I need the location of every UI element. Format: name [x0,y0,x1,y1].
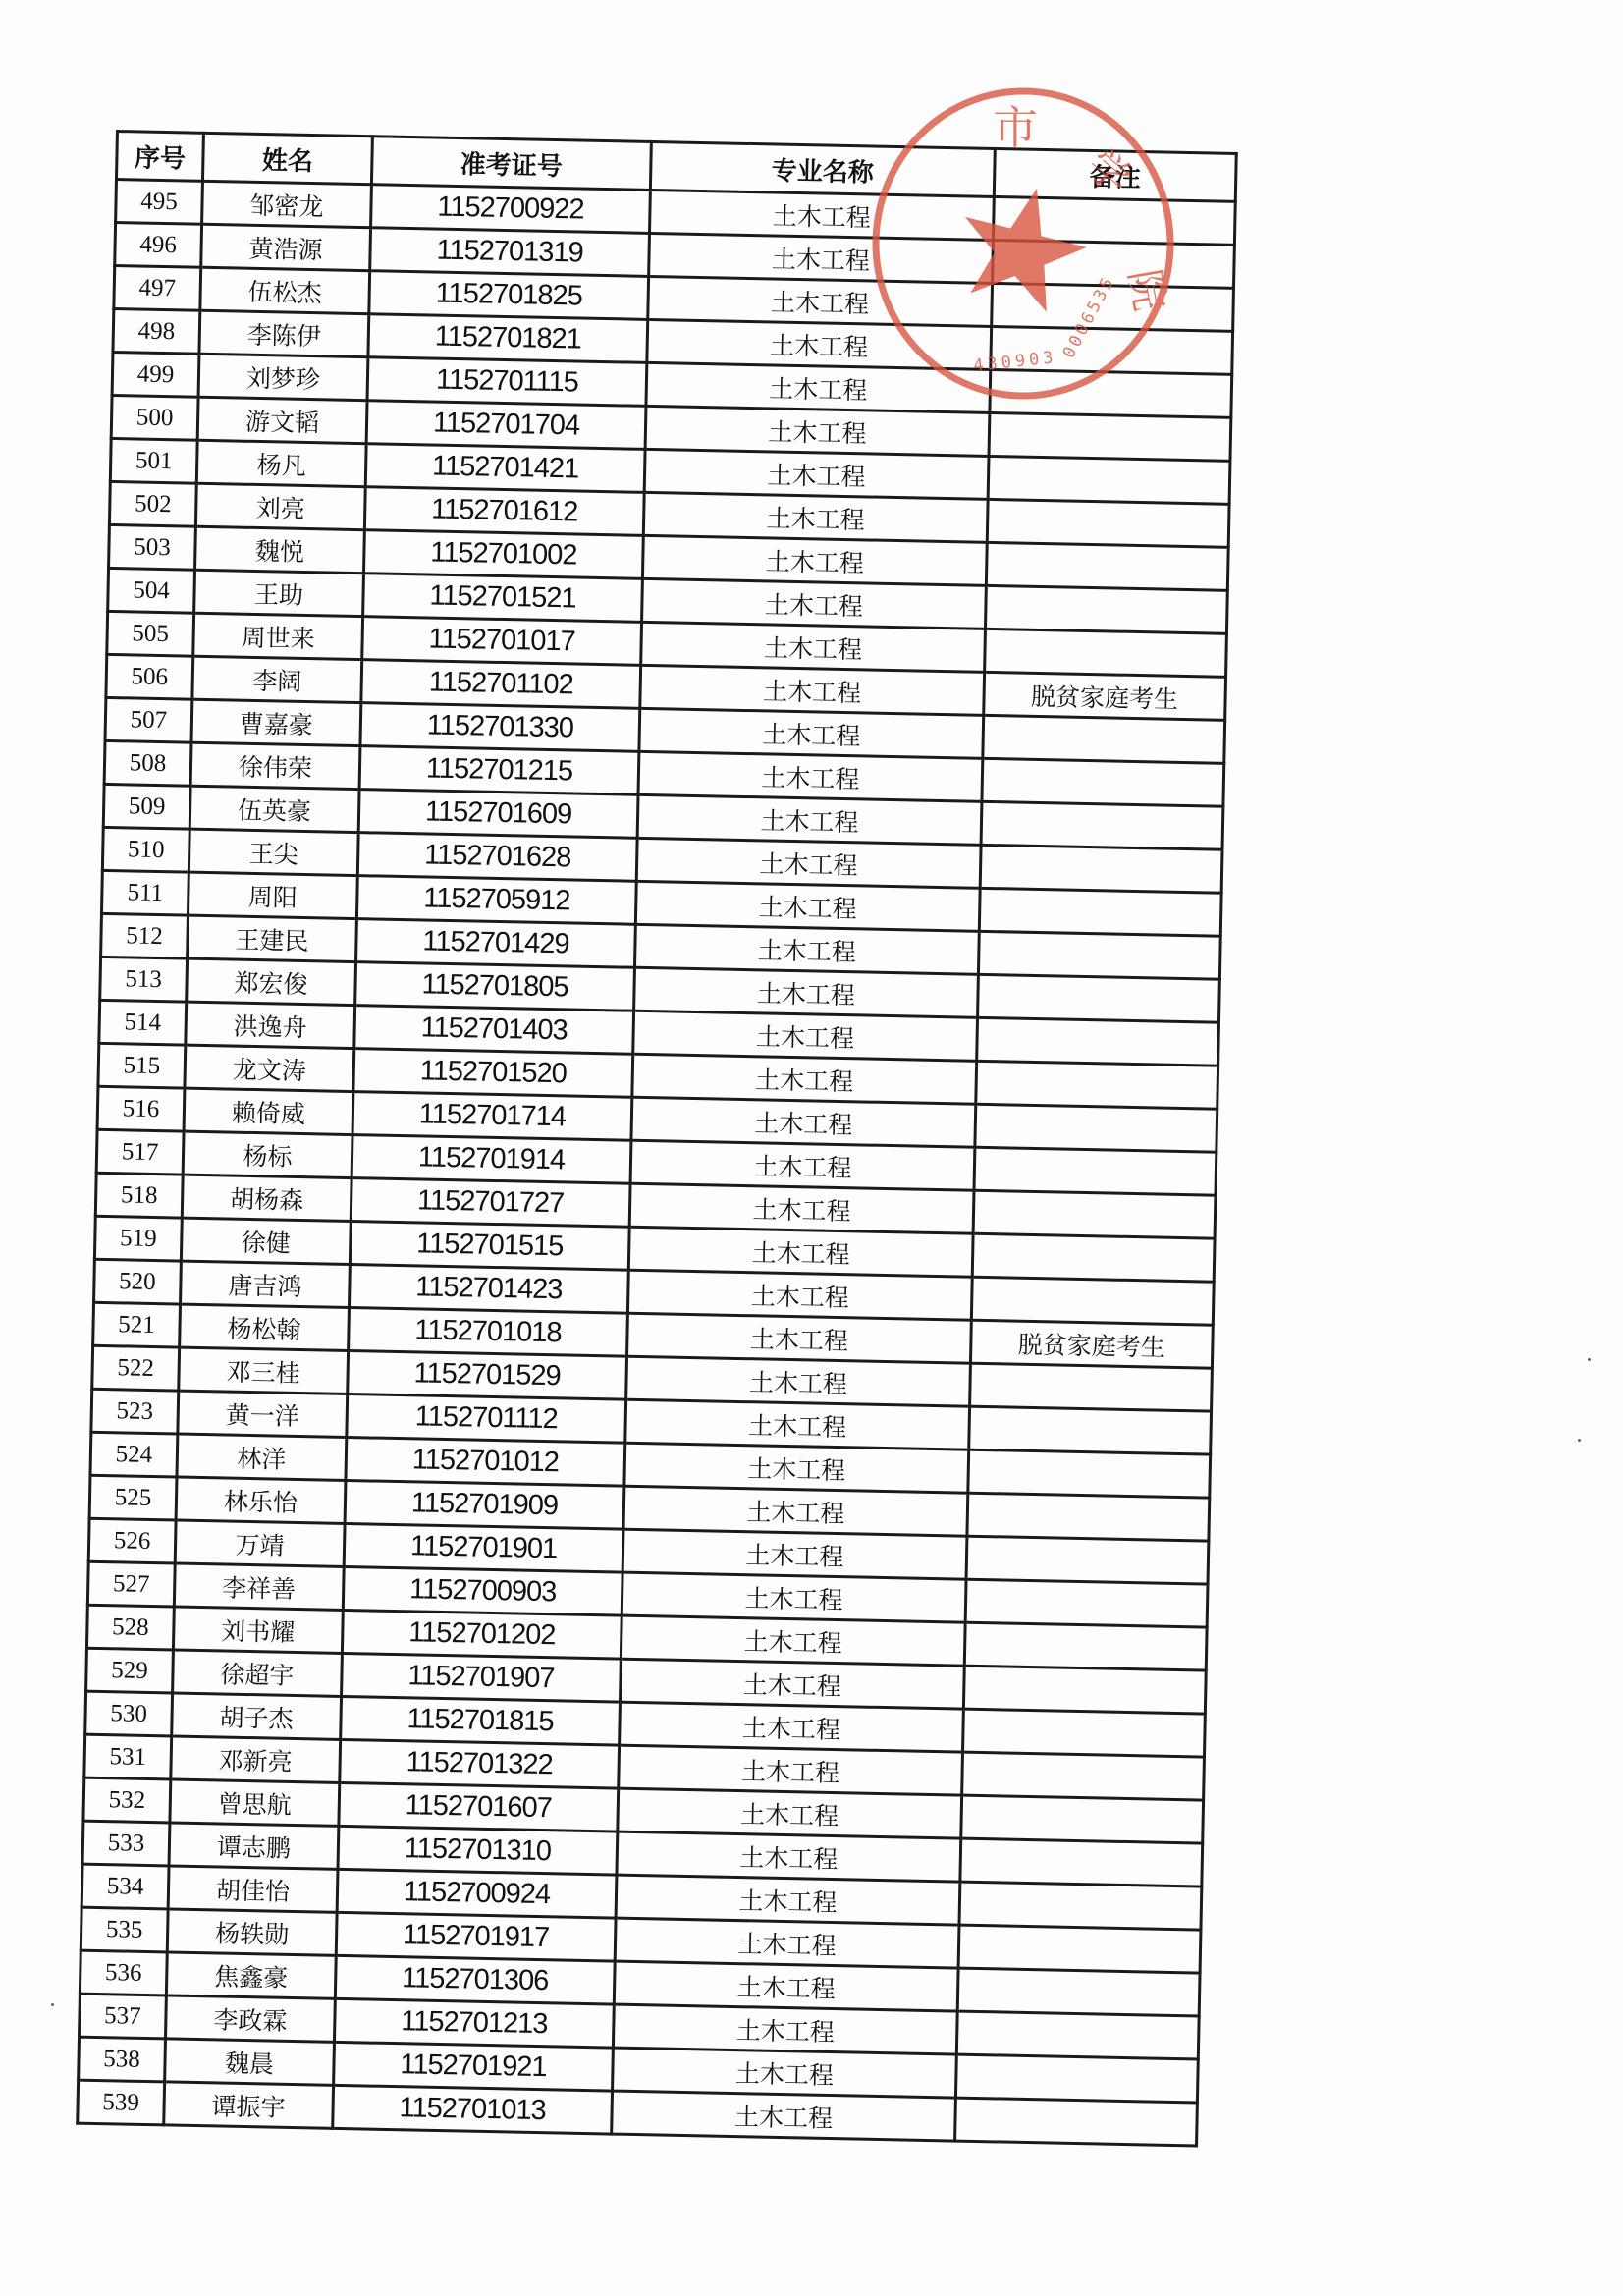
cell-name: 王助 [194,570,364,616]
roster-sheet: 序号 姓名 准考证号 专业名称 备注 495邹密龙1152700922土木工程4… [76,130,1238,2148]
cell-major: 土木工程 [634,924,979,974]
cell-seq: 528 [86,1605,174,1650]
cell-name: 李政霖 [165,1995,335,2042]
cell-major: 土木工程 [643,492,988,542]
cell-name: 魏悦 [195,526,365,573]
cell-note [970,1363,1213,1411]
cell-exam-number: 1152701202 [342,1610,622,1659]
cell-seq: 495 [116,180,203,225]
cell-name: 黄一洋 [178,1391,348,1437]
cell-exam-number: 1152701901 [344,1523,623,1572]
cell-name: 李陈伊 [199,310,369,356]
cell-note [965,1579,1208,1627]
cell-note [969,1406,1212,1454]
cell-note [977,1017,1219,1066]
cell-major: 土木工程 [647,319,992,369]
cell-name: 徐超宇 [173,1650,343,1696]
cell-major: 土木工程 [614,1961,958,2011]
cell-name: 李阔 [192,656,362,702]
cell-name: 杨松翰 [180,1304,350,1350]
cell-exam-number: 1152701914 [352,1135,631,1184]
cell-note [973,1190,1216,1238]
cell-name: 徐健 [181,1218,351,1264]
cell-seq: 514 [99,1000,187,1045]
cell-major: 土木工程 [649,190,994,240]
cell-seq: 523 [91,1389,179,1434]
cell-name: 邓三桂 [179,1347,349,1394]
cell-exam-number: 1152701907 [342,1653,622,1702]
cell-exam-number: 1152701921 [334,2042,614,2091]
cell-exam-number: 1152701815 [341,1696,621,1745]
cell-major: 土木工程 [619,1745,963,1795]
cell-major: 土木工程 [620,1702,964,1752]
cell-name: 胡子杰 [172,1693,342,1739]
cell-note [972,1233,1215,1282]
cell-note [978,974,1220,1022]
header-name: 姓名 [202,133,372,184]
cell-name: 林乐怡 [176,1477,346,1523]
cell-major: 土木工程 [630,1140,975,1190]
cell-seq: 496 [115,223,202,268]
cell-seq: 510 [102,827,189,872]
cell-note [956,2011,1199,2059]
cell-seq: 508 [104,740,191,786]
cell-exam-number: 1152701002 [363,530,643,579]
cell-name: 谭振宇 [164,2082,334,2128]
cell-major: 土木工程 [642,578,987,629]
cell-exam-number: 1152701821 [368,314,648,363]
cell-name: 游文韬 [197,397,367,443]
cell-seq: 503 [109,524,196,570]
cell-exam-number: 1152700924 [337,1869,617,1918]
cell-name: 胡杨森 [182,1175,352,1221]
cell-major: 土木工程 [639,708,984,758]
cell-exam-number: 1152701102 [361,660,641,709]
cell-seq: 501 [110,438,197,483]
cell-exam-number: 1152701612 [364,487,644,536]
cell-note [993,196,1235,245]
cell-name: 王尖 [189,829,358,875]
cell-note [955,2098,1198,2146]
cell-name: 邹密龙 [202,181,372,227]
cell-seq: 524 [90,1432,178,1477]
cell-seq: 539 [78,2080,165,2125]
cell-exam-number: 1152701310 [338,1826,618,1875]
cell-exam-number: 1152701607 [339,1782,619,1831]
cell-name: 万靖 [175,1520,345,1566]
cell-exam-number: 1152701429 [356,919,636,968]
cell-note [981,801,1223,849]
cell-seq: 534 [81,1864,169,1909]
cell-seq: 513 [100,957,188,1002]
cell-major: 土木工程 [634,967,979,1017]
cell-major: 土木工程 [625,1399,970,1449]
cell-seq: 517 [96,1129,184,1175]
cell-name: 曹嘉豪 [191,699,361,745]
cell-exam-number: 1152701322 [340,1739,620,1788]
cell-exam-number: 1152701421 [365,444,645,493]
cell-seq: 530 [85,1691,173,1736]
cell-note [989,412,1231,461]
cell-name: 邓新亮 [171,1736,341,1782]
scan-speck [51,2003,54,2006]
cell-exam-number: 1152700903 [343,1566,622,1615]
cell-major: 土木工程 [631,1097,976,1147]
cell-note [985,629,1227,677]
cell-seq: 512 [101,913,189,958]
cell-major: 土木工程 [642,535,987,585]
cell-seq: 518 [95,1173,183,1218]
cell-major: 土木工程 [626,1356,971,1406]
cell-major: 土木工程 [644,449,989,499]
cell-exam-number: 1152701018 [349,1308,628,1357]
cell-major: 土木工程 [620,1659,964,1709]
cell-note [955,2054,1198,2103]
header-major: 专业名称 [650,141,995,196]
cell-note [993,240,1235,288]
cell-note [982,758,1224,806]
cell-note [992,283,1234,331]
cell-seq: 531 [84,1734,172,1779]
cell-exam-number: 1152701714 [352,1092,632,1141]
cell-exam-number: 1152701306 [335,1955,615,2004]
cell-name: 周阳 [188,872,357,918]
cell-exam-number: 1152701909 [345,1480,624,1529]
cell-exam-number: 1152701704 [366,401,646,450]
cell-note [962,1752,1205,1800]
cell-exam-number: 1152701319 [370,228,650,277]
cell-note [988,456,1230,504]
cell-major: 土木工程 [622,1529,967,1579]
cell-exam-number: 1152701423 [349,1265,628,1314]
cell-exam-number: 1152701609 [358,790,638,839]
cell-note [959,1882,1202,1930]
scan-speck [1588,1358,1591,1361]
cell-note: 脱贫家庭考生 [984,672,1226,720]
cell-note [985,585,1227,633]
cell-seq: 515 [98,1043,186,1088]
cell-exam-number: 1152700922 [371,185,651,234]
cell-seq: 535 [81,1907,168,1952]
cell-name: 曾思航 [170,1779,340,1826]
cell-exam-number: 1152701825 [369,271,649,320]
cell-note [974,1147,1217,1195]
cell-note [991,326,1233,374]
cell-major: 土木工程 [629,1183,974,1233]
cell-seq: 525 [89,1475,177,1520]
cell-note [964,1622,1207,1670]
cell-note [957,1968,1200,2016]
cell-major: 土木工程 [632,1054,977,1104]
cell-name: 刘亮 [195,483,365,529]
cell-major: 土木工程 [613,2004,957,2054]
cell-exam-number: 1152701529 [348,1350,627,1399]
cell-exam-number: 1152705912 [356,876,636,925]
cell-major: 土木工程 [628,1227,973,1277]
cell-exam-number: 1152701521 [363,574,643,623]
cell-major: 土木工程 [635,881,980,931]
cell-name: 伍松杰 [200,267,370,313]
cell-major: 土木工程 [636,838,981,888]
cell-name: 杨凡 [196,440,366,486]
cell-name: 龙文涛 [185,1045,354,1091]
cell-major: 土木工程 [612,2091,956,2141]
cell-seq: 527 [87,1561,175,1607]
cell-major: 土木工程 [645,406,990,456]
cell-seq: 521 [93,1302,181,1347]
cell-exam-number: 1152701917 [336,1912,616,1961]
cell-major: 土木工程 [649,233,994,283]
cell-name: 王建民 [188,915,357,961]
cell-note [971,1277,1214,1325]
cell-exam-number: 1152701013 [333,2085,613,2134]
cell-name: 焦鑫豪 [166,1952,336,1998]
cell-note [979,888,1221,936]
cell-major: 土木工程 [627,1270,972,1320]
cell-exam-number: 1152701628 [357,833,637,882]
cell-name: 周世来 [193,613,363,659]
cell-exam-number: 1152701017 [362,617,642,666]
seal-top-character: 市 [993,101,1038,154]
cell-seq: 536 [80,1950,167,1995]
cell-seq: 533 [82,1821,170,1866]
cell-seq: 538 [79,2037,166,2082]
cell-note [990,369,1232,417]
cell-name: 唐吉鸿 [181,1261,351,1307]
cell-major: 土木工程 [648,276,993,326]
cell-exam-number: 1152701215 [359,746,639,795]
cell-major: 土木工程 [622,1572,966,1622]
cell-major: 土木工程 [613,2048,957,2098]
cell-exam-number: 1152701330 [360,703,640,752]
cell-major: 土木工程 [616,1875,960,1925]
header-note: 备注 [994,148,1236,201]
cell-major: 土木工程 [621,1615,965,1666]
header-exam-number: 准考证号 [371,137,651,191]
cell-name: 林洋 [177,1434,347,1480]
cell-major: 土木工程 [633,1011,978,1061]
cell-note [975,1104,1217,1152]
cell-note [960,1838,1203,1886]
cell-seq: 511 [101,870,189,915]
cell-name: 胡佳怡 [168,1866,338,1912]
cell-seq: 516 [97,1086,185,1131]
cell-seq: 526 [88,1518,176,1563]
cell-seq: 529 [86,1648,174,1693]
scanned-page: 序号 姓名 准考证号 专业名称 备注 495邹密龙1152700922土木工程4… [0,0,1623,2296]
cell-seq: 502 [109,481,196,526]
cell-note [963,1666,1206,1714]
cell-name: 刘书耀 [173,1607,343,1653]
cell-note [966,1536,1209,1584]
header-seq: 序号 [116,132,203,182]
cell-major: 土木工程 [627,1313,972,1363]
cell-name: 李祥善 [174,1563,344,1610]
cell-note [978,931,1220,979]
cell-exam-number: 1152701727 [351,1178,630,1228]
cell-name: 谭志鹏 [169,1823,339,1869]
cell-exam-number: 1152701213 [334,1998,614,2048]
cell-note [968,1449,1211,1498]
cell-seq: 522 [92,1345,180,1391]
cell-seq: 532 [83,1777,171,1823]
cell-note [961,1795,1204,1843]
cell-name: 杨标 [183,1131,352,1177]
cell-name: 杨轶勋 [167,1909,337,1955]
cell-seq: 500 [111,395,198,440]
cell-note [958,1925,1201,1973]
cell-seq: 507 [105,697,192,742]
cell-exam-number: 1152701515 [350,1222,629,1271]
cell-major: 土木工程 [618,1788,962,1838]
cell-major: 土木工程 [646,362,991,412]
cell-name: 徐伟荣 [190,742,360,789]
cell-note [980,845,1222,893]
cell-major: 土木工程 [640,665,985,715]
cell-seq: 537 [80,1994,167,2039]
cell-note [963,1709,1206,1757]
cell-exam-number: 1152701520 [353,1049,633,1098]
cell-major: 土木工程 [624,1443,969,1493]
cell-name: 郑宏俊 [187,958,356,1005]
cell-name: 赖倚威 [184,1088,353,1134]
cell-exam-number: 1152701012 [346,1437,625,1486]
cell-seq: 520 [94,1259,182,1304]
cell-major: 土木工程 [615,1918,959,1968]
cell-exam-number: 1152701403 [354,1006,634,1055]
scan-speck [1578,1439,1581,1442]
cell-seq: 505 [107,611,194,656]
cell-name: 魏晨 [165,2039,335,2085]
cell-exam-number: 1152701115 [367,357,647,407]
cell-name: 黄浩源 [201,224,371,270]
admission-roster-table: 序号 姓名 准考证号 专业名称 备注 495邹密龙1152700922土木工程4… [76,130,1238,2148]
cell-seq: 497 [114,266,201,311]
cell-seq: 506 [106,654,193,699]
cell-seq: 504 [108,568,195,613]
cell-note [983,715,1225,763]
cell-exam-number: 1152701112 [347,1394,626,1443]
table-body: 495邹密龙1152700922土木工程496黄浩源1152701319土木工程… [78,180,1236,2146]
cell-major: 土木工程 [638,751,983,801]
cell-note: 脱贫家庭考生 [970,1320,1213,1368]
cell-seq: 499 [112,352,199,397]
cell-name: 洪逸舟 [186,1002,355,1048]
cell-major: 土木工程 [641,622,986,672]
cell-note [987,499,1229,547]
cell-major: 土木工程 [623,1486,968,1536]
cell-seq: 509 [103,784,190,829]
cell-seq: 498 [113,308,200,354]
cell-note [976,1061,1218,1109]
cell-note [986,542,1228,590]
cell-major: 土木工程 [637,794,982,845]
cell-note [967,1493,1210,1541]
cell-exam-number: 1152701805 [355,962,635,1011]
cell-name: 伍英豪 [189,786,359,832]
cell-major: 土木工程 [617,1831,961,1882]
cell-seq: 519 [94,1216,182,1261]
cell-name: 刘梦珍 [198,354,368,400]
